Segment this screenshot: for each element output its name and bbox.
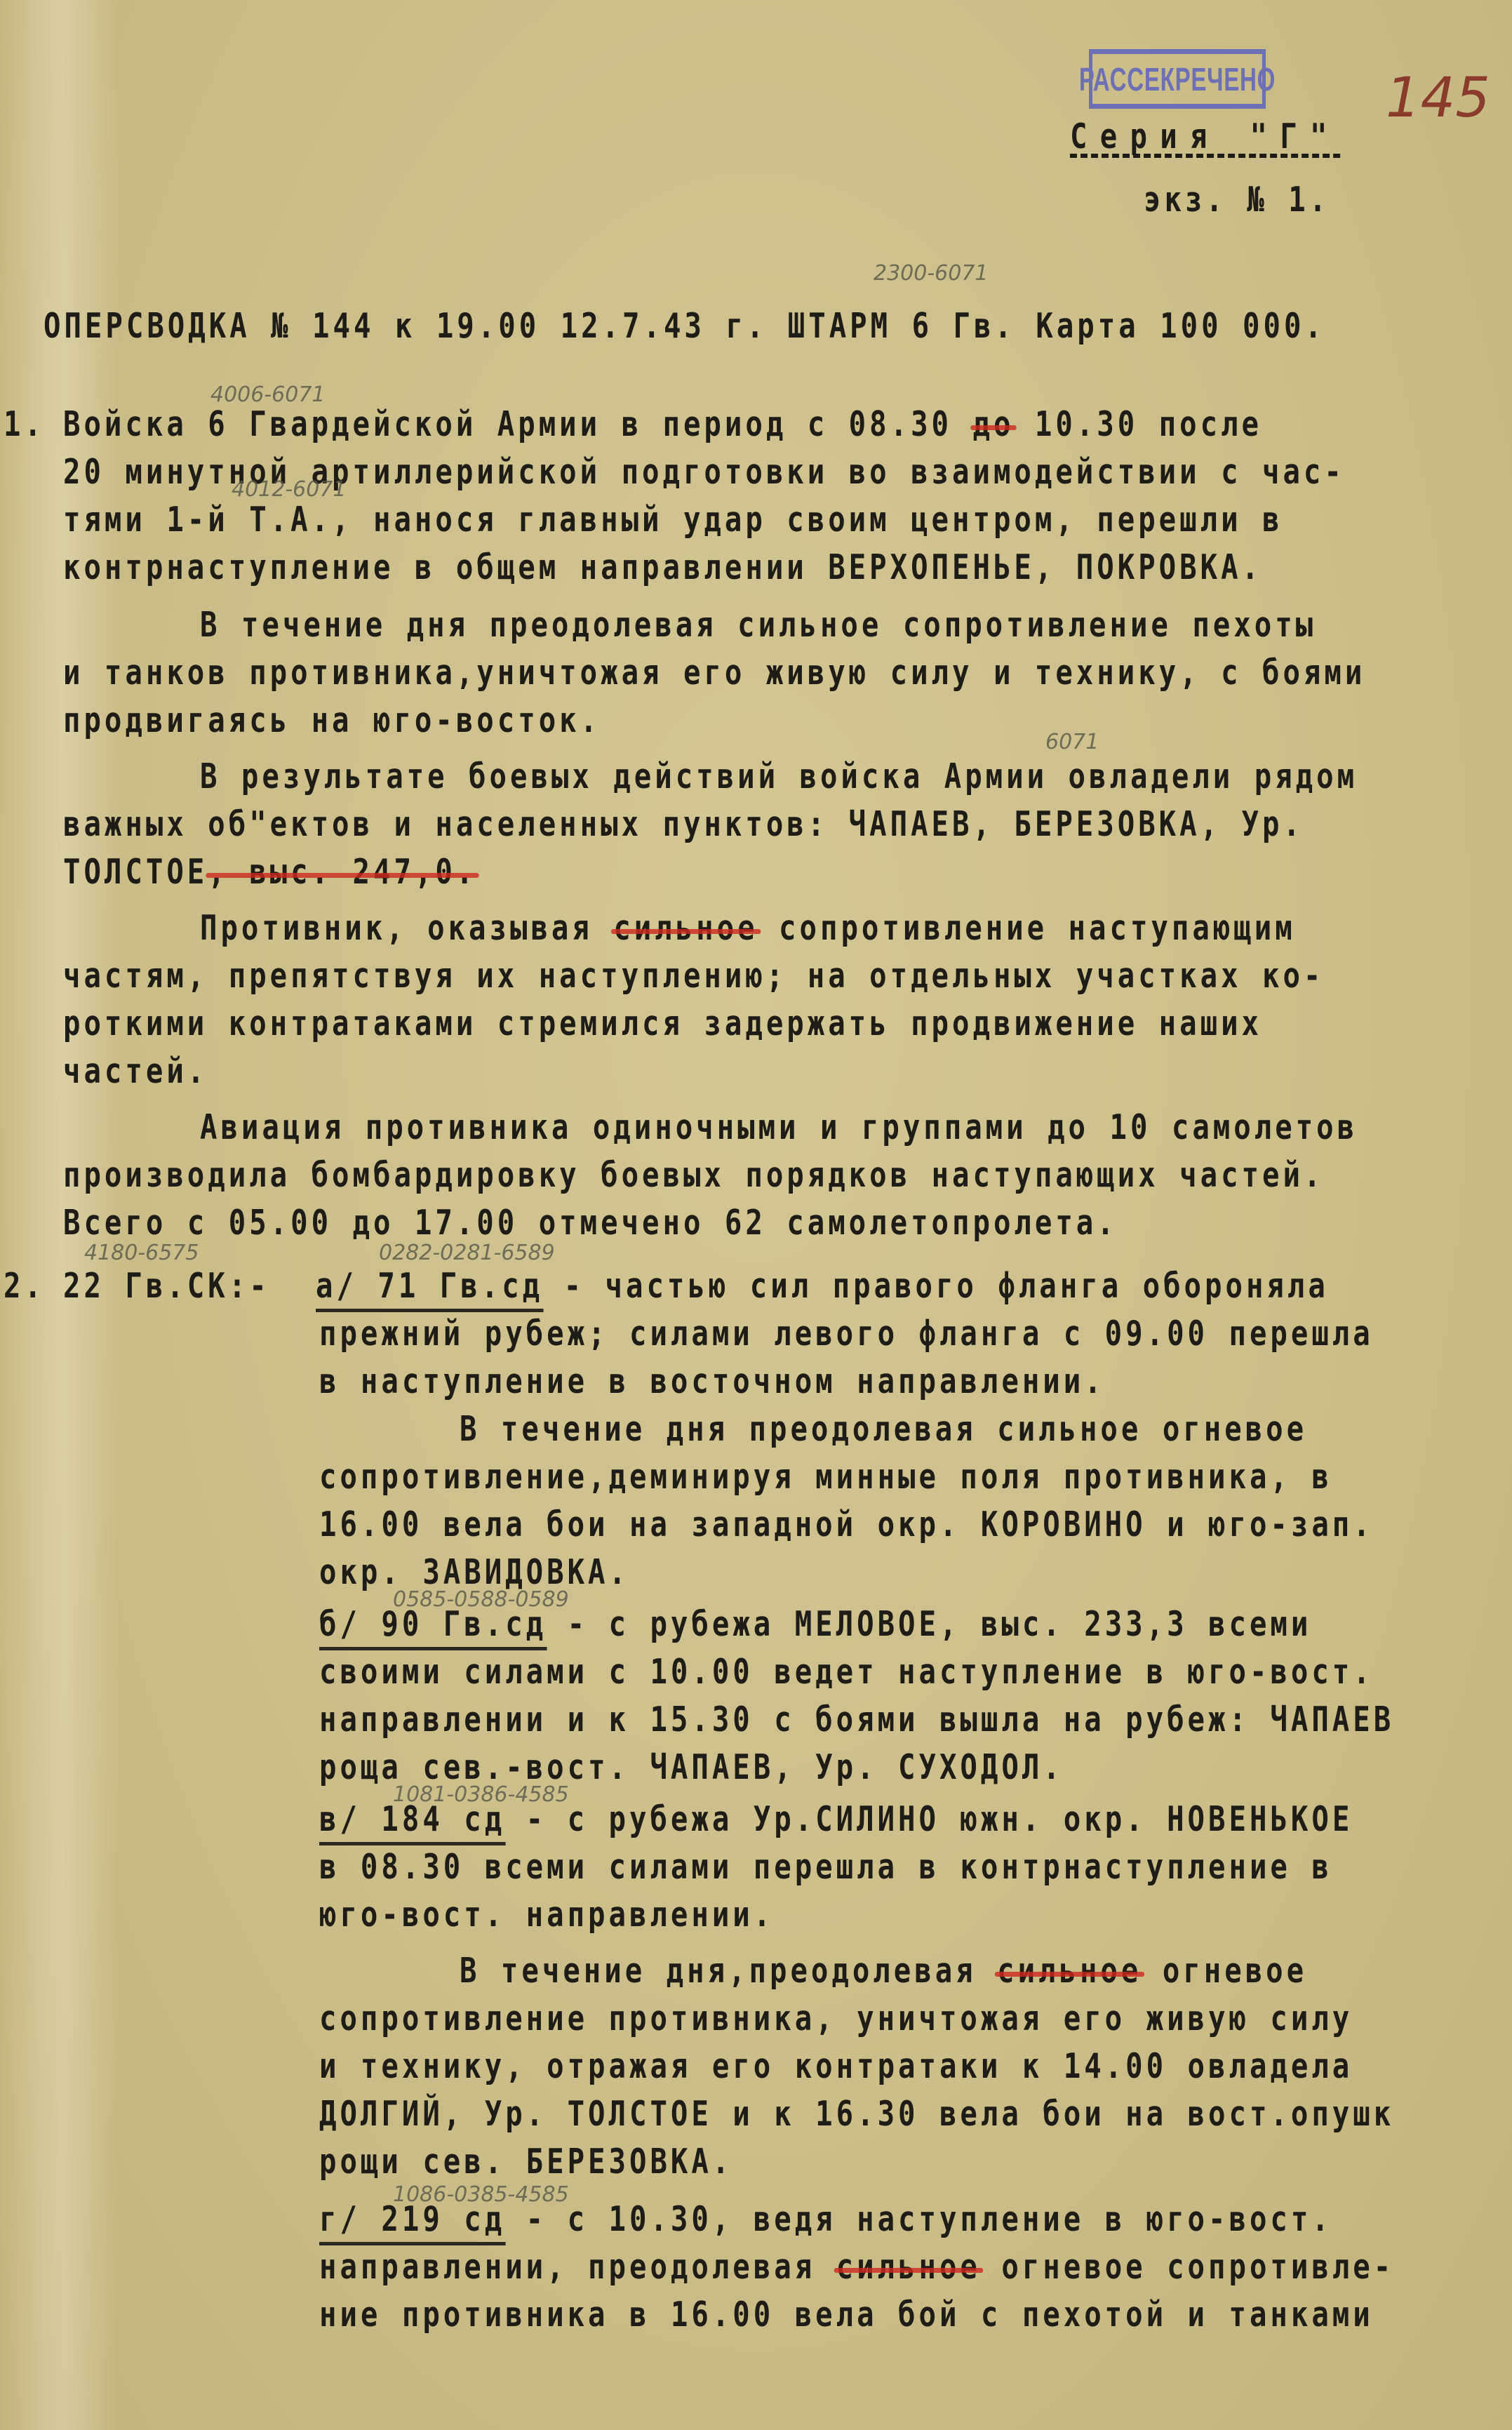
title-map: 6 Гв. Карта 100 000. bbox=[891, 306, 1325, 346]
line-text: Войска 6 Гвардейской Армии в период с 08… bbox=[63, 404, 972, 444]
line-text: - частью сил правого фланга обороняла bbox=[543, 1266, 1329, 1306]
line-text: ТОЛСТОЕ bbox=[63, 852, 208, 892]
paragraph-line: прежний рубеж; силами левого фланга с 09… bbox=[319, 1316, 1374, 1351]
unit-line: б/ 90 Гв.сд - с рубежа МЕЛОВОЕ, выс. 233… bbox=[319, 1607, 1311, 1641]
struck-text: сильное bbox=[836, 2247, 981, 2287]
paragraph-line: В течение дня преодолевая сильное огнево… bbox=[460, 1412, 1307, 1446]
pencil-note: 4012-6071 bbox=[232, 477, 347, 502]
line-text: В течение дня,преодолевая bbox=[460, 1951, 997, 1991]
paragraph-line: и технику, отражая его контратаки к 14.0… bbox=[319, 2049, 1353, 2083]
corps-label: 22 Гв.СК:- bbox=[63, 1269, 270, 1303]
struck-text: до bbox=[972, 404, 1014, 444]
pencil-note: 2300-6071 bbox=[874, 261, 989, 286]
section-number: 1. bbox=[4, 407, 45, 441]
unit-label: г/ 219 сд bbox=[319, 2199, 505, 2245]
pencil-note: 6071 bbox=[1045, 730, 1099, 754]
pencil-note: 4180-6575 bbox=[84, 1241, 199, 1265]
paragraph-line: своими силами с 10.00 ведет наступление … bbox=[319, 1655, 1374, 1689]
series-label: Серия "Г" bbox=[1070, 119, 1340, 158]
declassified-stamp: РАССЕКРЕЧЕНО bbox=[1089, 49, 1266, 109]
struck-text: сильное bbox=[613, 908, 758, 948]
line-text: огневое bbox=[1142, 1951, 1307, 1991]
unit-label: в/ 184 сд bbox=[319, 1799, 505, 1845]
paragraph-line: продвигаясь на юго-восток. bbox=[63, 703, 601, 737]
line-text: огневое сопротивле- bbox=[981, 2247, 1394, 2287]
paragraph-line: Авиация противника одиночными и группами… bbox=[200, 1110, 1358, 1144]
title-text: ОПЕРСВОДКА № 144 к 19.00 12.7.43 г. bbox=[44, 306, 788, 346]
unit-line: а/ 71 Гв.сд - частью сил правого фланга … bbox=[316, 1269, 1329, 1303]
title-hq: ШТАРМ bbox=[788, 306, 891, 346]
paragraph-line: Всего с 05.00 до 17.00 отмечено 62 самол… bbox=[63, 1206, 1118, 1240]
paragraph-line: частям, препятствуя их наступлению; на о… bbox=[63, 959, 1324, 993]
paragraph-line: и танков противника,уничтожая его живую … bbox=[63, 655, 1365, 690]
line-text: 10.30 после bbox=[1014, 404, 1262, 444]
unit-label: б/ 90 Гв.сд bbox=[319, 1604, 547, 1650]
paragraph-line: частей. bbox=[63, 1054, 208, 1088]
line-text: направлении, преодолевая bbox=[319, 2247, 836, 2287]
paragraph-line: Противник, оказывая сильное сопротивлени… bbox=[200, 911, 1296, 945]
paragraph-line: ние противника в 16.00 вела бой с пехото… bbox=[319, 2297, 1374, 2332]
paragraph-line: ТОЛСТОЕ, выс. 247,0. bbox=[63, 855, 476, 889]
copy-number: экз. № 1. bbox=[1144, 182, 1330, 217]
paragraph-line: В результате боевых действий войска Арми… bbox=[200, 759, 1358, 794]
paragraph-line: В течение дня,преодолевая сильное огнево… bbox=[460, 1954, 1307, 1988]
paragraph-line: Войска 6 Гвардейской Армии в период с 08… bbox=[63, 407, 1262, 441]
unit-line: в/ 184 сд - с рубежа Ур.СИЛИНО южн. окр.… bbox=[319, 1802, 1353, 1836]
line-text: Противник, оказывая bbox=[200, 908, 613, 948]
paragraph-line: направлении и к 15.30 с боями вышла на р… bbox=[319, 1702, 1394, 1737]
page-number-handwritten: 145 bbox=[1386, 67, 1490, 130]
paragraph-line: в наступление в восточном направлении. bbox=[319, 1364, 1105, 1398]
line-text: - с рубежа Ур.СИЛИНО южн. окр. НОВЕНЬКОЕ bbox=[505, 1799, 1353, 1839]
paragraph-line: тями 1-й Т.А., нанося главный удар своим… bbox=[63, 502, 1283, 537]
paragraph-line: сопротивление,деминируя минные поля прот… bbox=[319, 1460, 1332, 1494]
paragraph-line: направлении, преодолевая сильное огневое… bbox=[319, 2250, 1394, 2284]
line-text: - с 10.30, ведя наступление в юго-вост. bbox=[505, 2199, 1332, 2239]
paragraph-line: ДОЛГИЙ, Ур. ТОЛСТОЕ и к 16.30 вела бои н… bbox=[319, 2097, 1394, 2131]
paragraph-line: юго-вост. направлении. bbox=[319, 1897, 774, 1932]
paragraph-line: контрнаступление в общем направлении ВЕР… bbox=[63, 550, 1262, 585]
report-title: ОПЕРСВОДКА № 144 к 19.00 12.7.43 г. ШТАР… bbox=[44, 309, 1325, 343]
paragraph-line: производила бомбардировку боевых порядко… bbox=[63, 1158, 1324, 1192]
line-text: - с рубежа МЕЛОВОЕ, выс. 233,3 всеми bbox=[547, 1604, 1311, 1644]
unit-label: а/ 71 Гв.сд bbox=[316, 1266, 543, 1312]
paragraph-line: 16.00 вела бои на западной окр. КОРОВИНО… bbox=[319, 1507, 1374, 1542]
line-text: сопротивление наступающим bbox=[758, 908, 1296, 948]
paragraph-line: окр. ЗАВИДОВКА. bbox=[319, 1555, 629, 1589]
pencil-note: 0282-0281-6589 bbox=[379, 1241, 555, 1265]
paragraph-line: рощи сев. БЕРЕЗОВКА. bbox=[319, 2144, 732, 2179]
paragraph-line: роткими контратаками стремился задержать… bbox=[63, 1006, 1262, 1041]
paragraph-line: в 08.30 всеми силами перешла в контрнаст… bbox=[319, 1850, 1332, 1884]
paragraph-line: важных об"ектов и населенных пунктов: ЧА… bbox=[63, 807, 1304, 841]
pencil-note: 4006-6071 bbox=[210, 382, 326, 407]
section-number: 2. bbox=[4, 1269, 45, 1303]
paragraph-line: роща сев.-вост. ЧАПАЕВ, Ур. СУХОДОЛ. bbox=[319, 1750, 1064, 1784]
struck-text: сильное bbox=[997, 1951, 1142, 1991]
paragraph-line: сопротивление противника, уничтожая его … bbox=[319, 2001, 1353, 2036]
struck-text: , выс. 247,0. bbox=[208, 852, 476, 892]
unit-line: г/ 219 сд - с 10.30, ведя наступление в … bbox=[319, 2202, 1332, 2236]
paragraph-line: В течение дня преодолевая сильное сопрот… bbox=[200, 608, 1316, 642]
